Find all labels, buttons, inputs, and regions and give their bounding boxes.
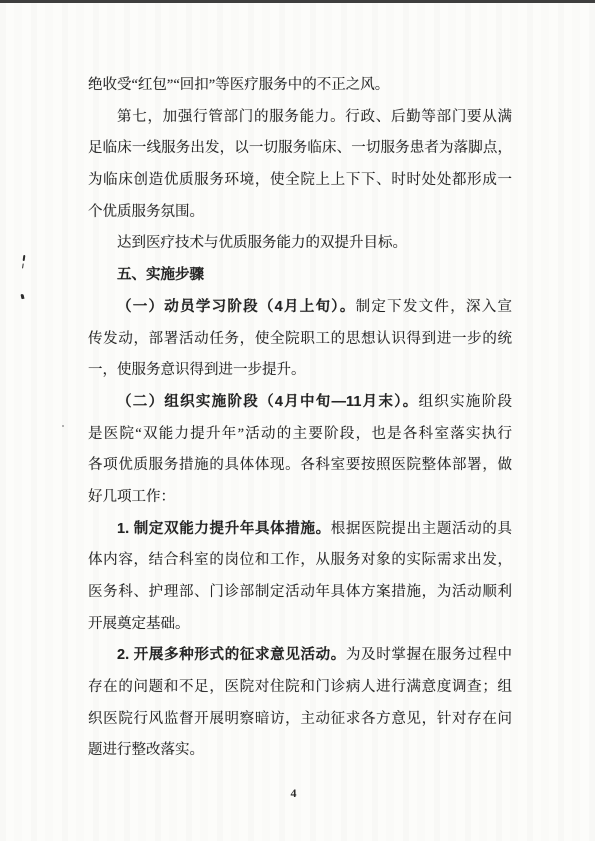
text-run: 组织实施阶段 [419,394,512,410]
text-line: 达到医疗技术与优质服务能力的双提升目标。 [88,228,512,260]
heading-run: 2. 开展多种形式的征求意见活动。 [117,647,346,663]
text-run: 织医院行风监督开展明察暗访，主动征求各方意见，针对存在问 [88,711,512,727]
text-line: 五、实施步骤 [88,260,512,292]
text-line: 医务科、护理部、门诊部制定活动年具体方案措施，为活动顺利 [88,577,512,609]
text-line: 织医院行风监督开展明察暗访，主动征求各方意见，针对存在问 [88,704,512,736]
scanned-page: 绝收受“红包”“回扣”等医疗服务中的不正之风。第七，加强行管部门的服务能力。行政… [0,0,595,841]
text-line: 绝收受“红包”“回扣”等医疗服务中的不正之风。 [88,70,512,102]
heading-run: （二）组织实施阶段（4月中旬—11月末）。 [117,394,419,410]
text-line: （二）组织实施阶段（4月中旬—11月末）。组织实施阶段 [88,387,512,419]
text-line: 题进行整改落实。 [88,735,512,767]
text-line: 传发动，部署活动任务，使全院职工的思想认识得到进一步的统 [88,324,512,356]
heading-run: 1. 制定双能力提升年具体措施。 [117,521,331,537]
text-line: 2. 开展多种形式的征求意见活动。为及时掌握在服务过程中 [88,640,512,672]
text-run: 医务科、护理部、门诊部制定活动年具体方案措施，为活动顺利 [88,584,512,600]
text-line: （一）动员学习阶段（4月上旬）。制定下发文件，深入宣 [88,292,512,324]
text-line: 为临床创造优质服务环境，使全院上上下下、时时处处都形成一 [88,165,512,197]
text-line: 个优质服务氛围。 [88,197,512,229]
heading-run: 五、实施步骤 [117,267,204,283]
text-run: 是医院“双能力提升年”活动的主要阶段，也是各科室落实执行 [88,426,512,442]
document-body: 绝收受“红包”“回扣”等医疗服务中的不正之风。第七，加强行管部门的服务能力。行政… [88,70,512,767]
text-line: 足临床一线服务出发，以一切服务临床、一切服务患者为落脚点， [88,133,512,165]
ink-smudge [21,294,25,300]
text-run: 体内容，结合科室的岗位和工作，从服务对象的实际需求出发， [88,552,512,568]
text-run: 根据医院提出主题活动的具 [331,521,512,537]
text-run: 制定下发文件，深入宣 [356,299,512,315]
text-line: 第七，加强行管部门的服务能力。行政、后勤等部门要从满 [88,102,512,134]
text-run: 开展奠定基础。 [88,616,190,632]
ink-smudge [23,255,26,261]
text-line: 好几项工作： [88,482,512,514]
text-line: 体内容，结合科室的岗位和工作，从服务对象的实际需求出发， [88,545,512,577]
text-run: 达到医疗技术与优质服务能力的双提升目标。 [117,235,407,251]
text-run: 题进行整改落实。 [88,742,204,758]
heading-run: （一）动员学习阶段（4月上旬）。 [117,299,356,315]
text-run: 一，使服务意识得到进一步提升。 [88,362,306,378]
page-number: 4 [0,786,591,801]
ink-speck [62,425,64,427]
text-run: 各项优质服务措施的具体体现。各科室要按照医院整体部署，做 [88,457,512,473]
text-line: 开展奠定基础。 [88,609,512,641]
text-line: 各项优质服务措施的具体体现。各科室要按照医院整体部署，做 [88,450,512,482]
text-line: 1. 制定双能力提升年具体措施。根据医院提出主题活动的具 [88,514,512,546]
scan-edge-top [0,0,595,3]
text-run: 个优质服务氛围。 [88,204,204,220]
text-run: 绝收受“红包”“回扣”等医疗服务中的不正之风。 [88,77,389,93]
text-run: 好几项工作： [88,489,175,505]
text-run: 足临床一线服务出发，以一切服务临床、一切服务患者为落脚点， [88,140,512,156]
text-run: 第七，加强行管部门的服务能力。行政、后勤等部门要从满 [117,109,512,125]
text-run: 传发动，部署活动任务，使全院职工的思想认识得到进一步的统 [88,331,512,347]
text-run: 为及时掌握在服务过程中 [346,647,512,663]
text-run: 为临床创造优质服务环境，使全院上上下下、时时处处都形成一 [88,172,512,188]
text-line: 存在的问题和不足，医院对住院和门诊病人进行满意度调查；组 [88,672,512,704]
text-run: 存在的问题和不足，医院对住院和门诊病人进行满意度调查；组 [88,679,512,695]
text-line: 一，使服务意识得到进一步提升。 [88,355,512,387]
text-line: 是医院“双能力提升年”活动的主要阶段，也是各科室落实执行 [88,419,512,451]
